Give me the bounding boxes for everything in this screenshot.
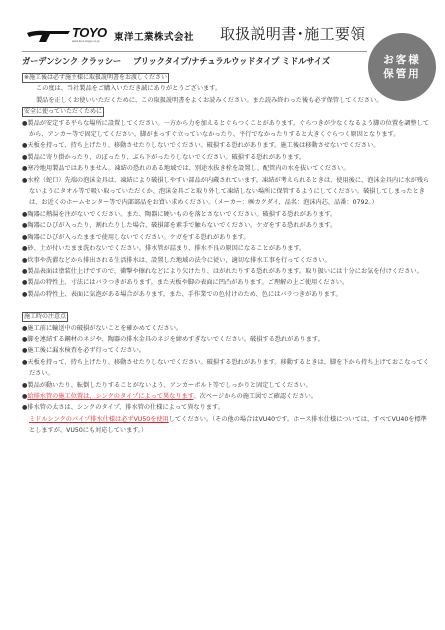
safety-item: ●製品に寄り掛かったり、のぼったり、ぶら下がったりしないでください。破損する恐れ… (22, 152, 432, 163)
product-name: ガーデンシンク クラッシーブリックタイプ/ナチュラルウッドタイプ ミドルサイズ (22, 55, 330, 67)
toyo-logo-icon (26, 29, 71, 43)
installation-heading: 施工時の注意点 (22, 312, 68, 322)
intro-line: 製品を正しくお使いいただくために、この取扱説明書をよくお読みください。また読み終… (22, 95, 432, 106)
brand-name: TOYO (72, 25, 107, 40)
safety-item: ●砂、土が付いたまま洗わないでください。排水管が詰まり、排水不良の原因になること… (22, 243, 432, 254)
safety-item: ●寒冷地用製品ではありません。凍結の恐れのある地域では、別途水抜き栓を設置し、配… (22, 163, 432, 174)
badge-line-1: お客様 (383, 53, 421, 67)
pipe-position-warning: 給排水管の施工位置は、シンクのタイプによって異なります (27, 393, 193, 400)
installation-item: ●施工前に輸送中の破損がないことを確かめてください。 (22, 323, 432, 334)
safety-item: ●炊事や洗濯などから排出される生活排水は、設置した地域の法令に従い、適切な排水工… (22, 255, 432, 266)
safety-item: ●陶器にひびが入ったままで使用しないでください。ケガをする恐れがあります。 (22, 232, 432, 243)
installation-item-pipe-size: ●排水管の太さは、シンクのタイプ、排水管の仕様によって異なります。ミドルシンクの… (22, 402, 432, 436)
company-name: 東洋工業株式会社 (114, 29, 194, 43)
vu50-warning: ミドルシンクのパイプ排水仕様は必ずVU50を使用 (29, 416, 169, 423)
safety-item: ●製品表面は塗装仕上げですので、衝撃や擦れなどにより欠けたり、はがれたりする恐れ… (22, 266, 432, 277)
document-title: 取扱説明書･施工要領 (220, 23, 366, 44)
safety-item: ●陶器にひびが入ったり、割れたりした場合、破損部を素手で触らないでください。ケガ… (22, 220, 432, 231)
product-series: ガーデンシンク クラッシー (22, 56, 121, 66)
installation-item: ●脚を連結する鋼材のネジや、陶器の排水金具のネジを締めすぎないでください。破損す… (22, 334, 432, 345)
handover-notice: ※施工後は必ず施主様に取扱説明書をお渡しください (22, 73, 169, 83)
safety-item: ●陶器に熱湯を注がないでください。また、陶器に硬いものを落とさないでください。破… (22, 209, 432, 220)
installation-item-pipe-position: ●給排水管の施工位置は、シンクのタイプによって異なります。次ページからの施工図で… (22, 391, 432, 402)
instruction-sheet: TOYO www.toyo-kogyo.co.jp 東洋工業株式会社 取扱説明書… (0, 0, 445, 630)
safety-heading: 安全に使っていただくために (22, 107, 104, 117)
safety-item: ●水栓（蛇口）先端の泡沫金具は、凍結により破損しやすい部品が内蔵されています。凍… (22, 175, 432, 209)
safety-item: ●製品の特性上、寸法にはバラつきがあります。また天板や脚の表面に凹凸があります。… (22, 277, 432, 288)
installation-item: ●施工後に漏水検査を必ず行ってください。 (22, 345, 432, 356)
brand-url: www.toyo-kogyo.co.jp (72, 40, 99, 43)
product-type: ブリックタイプ/ナチュラルウッドタイプ (133, 56, 279, 66)
safety-item: ●天板を持って、持ち上げたり、移動させたりしないでください。破損する恐れがありま… (22, 140, 432, 151)
intro-line: この度は、当社製品をご購入いただき誠にありがとうございます。 (22, 83, 432, 94)
header-divider (22, 51, 367, 52)
installation-item: ●製品が動いたり、転倒したりすることがないよう、アンカーボルト等でしっかりと固定… (22, 380, 432, 391)
installation-item: ●天板を持って、持ち上げたり、移動させたりしないでください。破損する恐れがありま… (22, 357, 432, 380)
document-body: ※施工後は必ず施主様に取扱説明書をお渡しください この度は、当社製品をご購入いた… (22, 72, 432, 437)
product-size: ミドルサイズ (282, 56, 330, 66)
safety-item: ●製品の特性上、表面に気泡がある場合があります。また、手作業での色付けのため、色… (22, 289, 432, 300)
safety-item: ●製品が安定する平らな場所に設置してください。一方から力を加えるとぐらつくことが… (22, 118, 432, 141)
